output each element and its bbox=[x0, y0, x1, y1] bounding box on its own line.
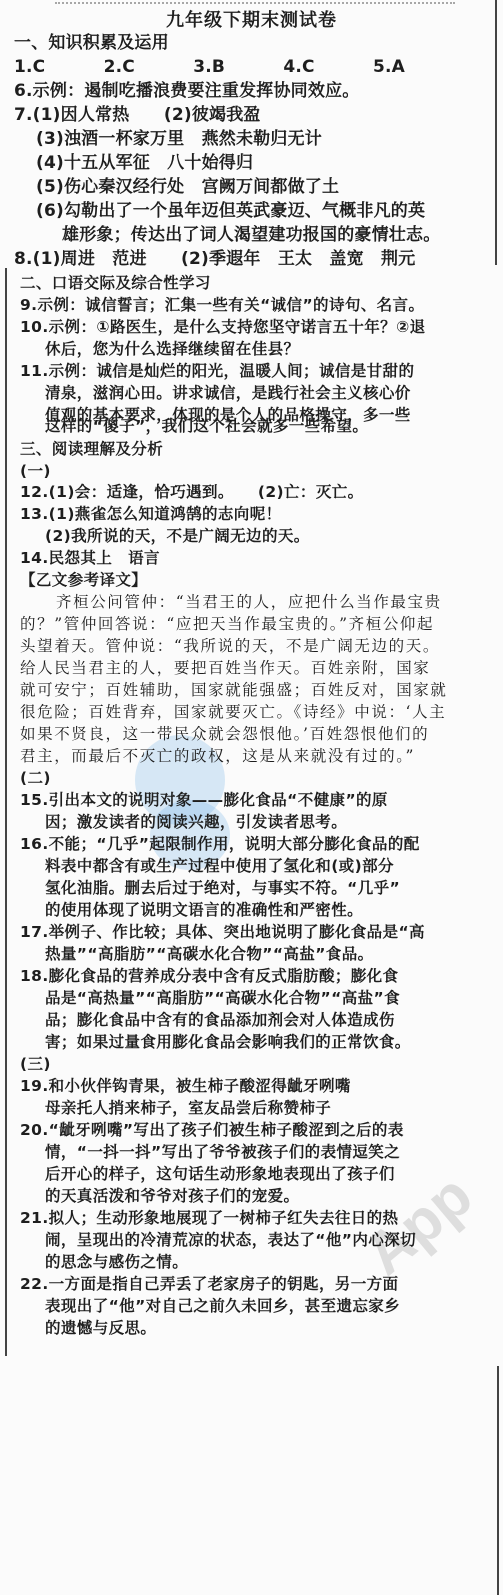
translation-line: 如果不贤良，这一带民众就会怨恨他。’百姓怨恨他们的 bbox=[20, 723, 429, 745]
answer-16-cont: 氢化油脂。删去后过于绝对，与事实不符。“几乎” bbox=[45, 877, 400, 899]
answer-18: 18.膨化食品的营养成分表中含有反式脂肪酸；膨化食 bbox=[20, 965, 398, 987]
section-heading: 一、知识积累及运用 bbox=[14, 32, 169, 54]
answer-16: 16.不能；“几乎”起限制作用，说明大部分膨化食品的配 bbox=[20, 833, 420, 855]
answer-5: 5.A bbox=[373, 57, 405, 77]
answer-17: 17.举例子、作比较；具体、突出地说明了膨化食品是“高 bbox=[20, 921, 425, 943]
answer-15: 15.引出本文的说明对象——膨化食品“不健康”的原 bbox=[20, 789, 388, 811]
answer-14: 14.民怨其上 语言 bbox=[20, 547, 160, 569]
answer-19-cont: 母亲托人捎来柿子，室友品尝后称赞柿子 bbox=[45, 1097, 331, 1119]
answer-7-6: (6)勾勒出了一个虽年迈但英武豪迈、气概非凡的英 bbox=[36, 200, 425, 222]
answer-9: 9.示例：诚信誓言；汇集一些有关“诚信”的诗句、名言。 bbox=[20, 294, 424, 316]
answer-7-6-cont: 雄形象；传达出了词人渴望建功报国的豪情壮志。 bbox=[62, 224, 440, 246]
answer-18-cont: 品是“高热量”“高脂肪”“高碳水化合物”“高盐”食 bbox=[45, 987, 400, 1009]
answer-18-cont: 害；如果过量食用膨化食品会影响我们的正常饮食。 bbox=[45, 1031, 411, 1053]
answer-21-cont: 的思念与感伤之情。 bbox=[45, 1251, 188, 1273]
answer-7-3: (3)浊酒一杯家万里 燕然未勒归无计 bbox=[36, 128, 322, 150]
section-heading: 二、口语交际及综合性学习 bbox=[20, 272, 211, 294]
translation-line: 君主，而最后不灭亡的政权，这是从来就没有过的。” bbox=[20, 745, 415, 767]
translation-line: 的？”管仲回答说：“应把天当作最宝贵的。”齐桓公仰起 bbox=[20, 613, 434, 635]
translation-line: 给人民当君主的人，要把百姓当作天。百姓亲附，国家 bbox=[20, 657, 430, 679]
section-heading: 三、阅读理解及分析 bbox=[20, 438, 163, 460]
answer-12: 12.(1)会：适逢，恰巧遇到。 (2)亡：灭亡。 bbox=[20, 481, 364, 503]
answer-2: 2.C bbox=[104, 57, 135, 77]
answer-20-cont: 的天真活泼和爷爷对孩子们的宠爱。 bbox=[45, 1185, 299, 1207]
right-column-border-lower bbox=[497, 1366, 499, 1595]
answers-1-5: 1.C 2.C 3.B 4.C 5.A bbox=[14, 56, 405, 78]
answer-20-cont: 情，“一抖一抖”写出了爷爷被孩子们的表情逗笑之 bbox=[45, 1141, 400, 1163]
answer-11-cont: 这样的“傻子”，我们这个社会就多一些希望。 bbox=[45, 415, 368, 437]
answer-20-cont: 后开心的样子，这句话生动形象地表现出了孩子们 bbox=[45, 1163, 395, 1185]
translation-line: 就可安宁；百姓辅助，国家就能强盛；百姓反对，国家就 bbox=[20, 679, 448, 701]
answer-21-cont: 闹，呈现出的冷清荒凉的状态，表达了“他”内心深切 bbox=[45, 1229, 416, 1251]
answer-22: 22.一方面是指自己弄丢了老家房子的钥匙，另一方面 bbox=[20, 1273, 398, 1295]
answer-15-cont: 因；激发读者的阅读兴趣，引发读者思考。 bbox=[45, 811, 347, 833]
subsection-1: (一) bbox=[20, 460, 51, 482]
answer-6: 6.示例：遏制吃播浪费要注重发挥协同效应。 bbox=[14, 80, 360, 102]
translation-line: 头望着天。管仲说：“我所说的天，不是广阔无边的天。 bbox=[20, 635, 440, 657]
cropped-header-line bbox=[55, 0, 455, 4]
subsection-3: (三) bbox=[20, 1053, 51, 1075]
answer-7-5: (5)伤心秦汉经行处 宫阙万间都做了土 bbox=[36, 176, 339, 198]
answer-key-page: App 九年级下期末测试卷 一、知识积累及运用 1.C 2.C 3.B 4.C … bbox=[0, 0, 503, 1595]
answer-22-cont: 的遗憾与反思。 bbox=[45, 1317, 156, 1339]
right-column-border bbox=[495, 0, 497, 265]
answer-16-cont: 料表中都含有或生产过程中使用了氢化和(或)部分 bbox=[45, 855, 394, 877]
page-title: 九年级下期末测试卷 bbox=[0, 6, 503, 32]
answer-10-cont: 休后，您为什么选择继续留在佳县？ bbox=[45, 338, 299, 360]
answer-17-cont: 热量”“高脂肪”“高碳水化合物”“高盐”食品。 bbox=[45, 943, 374, 965]
answer-18-cont: 品；膨化食品中含有的食品添加剂会对人体造成伤 bbox=[45, 1009, 395, 1031]
translation-heading: 【乙文参考译文】 bbox=[20, 569, 147, 591]
answer-13-2: (2)我所说的天，不是广阔无边的天。 bbox=[45, 525, 310, 547]
answer-7-4: (4)十五从军征 八十始得归 bbox=[36, 152, 253, 174]
answer-8: 8.(1)周进 范进 (2)季遐年 王太 盖宽 荆元 bbox=[14, 248, 415, 270]
answer-7: 7.(1)因人常热 (2)彼竭我盈 bbox=[14, 104, 261, 126]
translation-line: 很危险；百姓背弃，国家就要灭亡。《诗经》中说：‘人主 bbox=[20, 701, 446, 723]
answer-19: 19.和小伙伴钩青果，被生柿子酸涩得龇牙咧嘴 bbox=[20, 1075, 351, 1097]
left-column-border bbox=[5, 268, 7, 1356]
answer-11: 11.示例：诚信是灿烂的阳光，温暖人间；诚信是甘甜的 bbox=[20, 360, 414, 382]
answer-20: 20.“龇牙咧嘴”写出了孩子们被生柿子酸涩到之后的表 bbox=[20, 1119, 404, 1141]
subsection-2: (二) bbox=[20, 767, 51, 789]
answer-22-cont: 表现出了“他”对自己之前久未回乡，甚至遗忘家乡 bbox=[45, 1295, 400, 1317]
translation-line: 齐桓公问管仲：“当君王的人，应把什么当作最宝贵 bbox=[56, 591, 442, 613]
answer-3: 3.B bbox=[193, 57, 225, 77]
answer-1: 1.C bbox=[14, 57, 45, 77]
answer-11-cont: 清泉，滋润心田。讲求诚信，是践行社会主义核心价 bbox=[45, 382, 411, 404]
answer-10: 10.示例：①路医生，是什么支持您坚守诺言五十年？②退 bbox=[20, 316, 426, 338]
answer-16-cont: 的使用体现了说明文语言的准确性和严密性。 bbox=[45, 899, 363, 921]
answer-13: 13.(1)燕雀怎么知道鸿鹄的志向呢！ bbox=[20, 503, 282, 525]
answer-4: 4.C bbox=[283, 57, 314, 77]
answer-21: 21.拟人；生动形象地展现了一树柿子红失去往日的热 bbox=[20, 1207, 398, 1229]
